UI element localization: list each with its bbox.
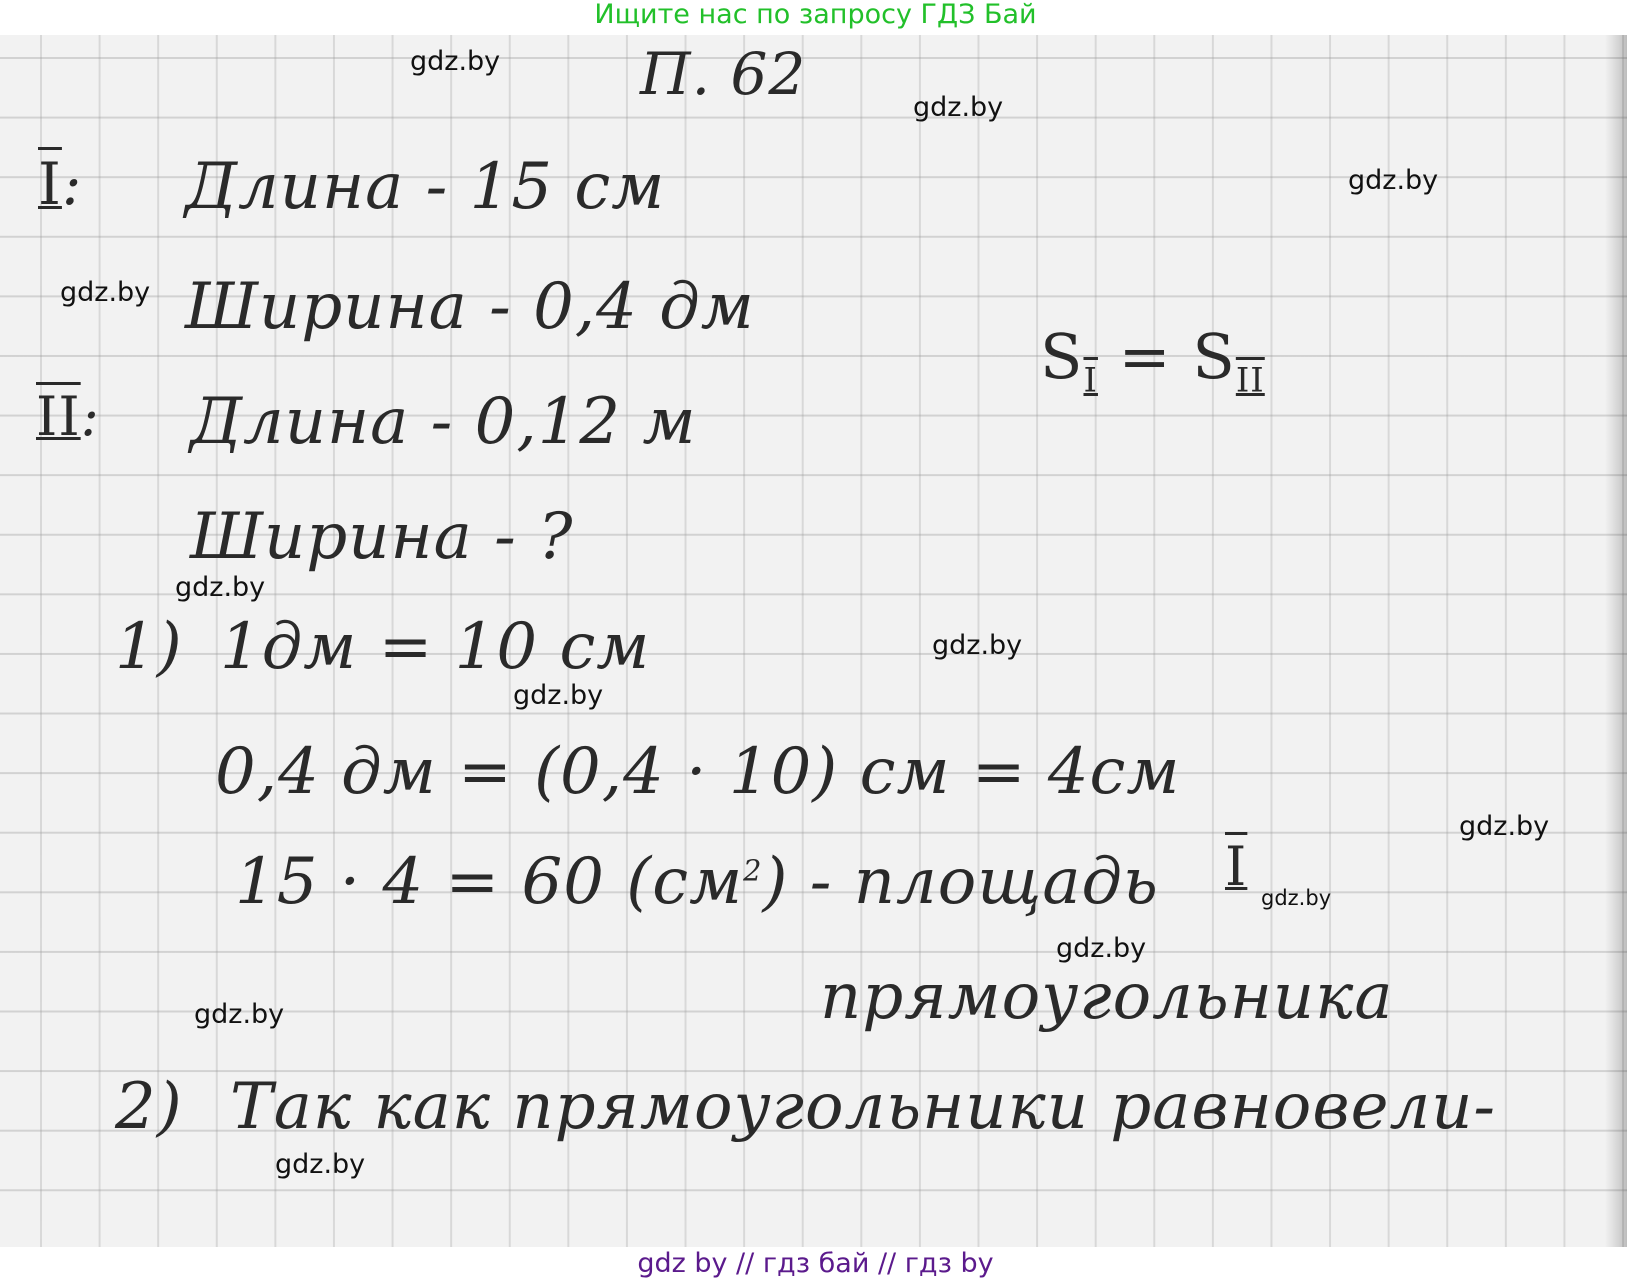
step1-line3: 15 · 4 = 60 (см2) - площадь: [235, 845, 1159, 919]
subscript-two: II: [1236, 360, 1265, 400]
watermark: gdz.by: [410, 46, 500, 77]
watermark: gdz.by: [913, 92, 1003, 123]
watermark: gdz.by: [1261, 886, 1331, 910]
watermark: gdz.by: [60, 277, 150, 308]
block2-label: II:: [36, 385, 100, 448]
equals-sign: =: [1119, 320, 1172, 393]
colon: :: [62, 150, 83, 218]
roman-one: I: [38, 150, 62, 218]
area-symbol: S: [1192, 320, 1235, 393]
step2-number: 2): [115, 1070, 183, 1144]
watermark: gdz.by: [194, 999, 284, 1030]
watermark: gdz.by: [1459, 811, 1549, 842]
area-symbol: S: [1040, 320, 1083, 393]
search-banner: Ищите нас по запросу ГДЗ Бай: [0, 0, 1631, 35]
block1-label: I:: [38, 150, 82, 218]
watermark: gdz.by: [1056, 933, 1146, 964]
step1-number: 1): [115, 610, 183, 684]
watermark: gdz.by: [1348, 165, 1438, 196]
block2-width: Ширина - ?: [190, 500, 573, 574]
area-equality: SI = SII: [1040, 320, 1265, 400]
page-edge-shadow: [1605, 35, 1627, 1247]
watermark: gdz.by: [932, 630, 1022, 661]
step1-line1: 1дм = 10 см: [220, 610, 650, 684]
step1-line2: 0,4 дм = (0,4 · 10) см = 4см: [215, 735, 1180, 809]
roman-one: I: [1225, 835, 1247, 898]
block1-width: Ширина - 0,4 дм: [185, 270, 755, 344]
block1-length: Длина - 15 см: [185, 150, 665, 224]
step2-line1: Так как прямоугольники равновели-: [230, 1070, 1496, 1144]
watermark: gdz.by: [275, 1149, 365, 1180]
subscript-one: I: [1083, 360, 1097, 400]
problem-title: П. 62: [640, 40, 806, 108]
roman-two: II: [36, 385, 81, 448]
step1-line4: прямоугольника: [820, 960, 1394, 1034]
area-calc: 15 · 4 = 60 (см: [235, 845, 743, 919]
squared-exponent: 2: [743, 854, 762, 888]
step1-line3-label: I: [1225, 835, 1247, 898]
watermark: gdz.by: [513, 680, 603, 711]
block2-length: Длина - 0,12 м: [190, 385, 697, 459]
footer-links: gdz by // гдз бай // гдз by: [0, 1247, 1631, 1282]
colon: :: [81, 385, 100, 448]
watermark: gdz.by: [175, 572, 265, 603]
area-word: ) - площадь: [762, 845, 1158, 919]
